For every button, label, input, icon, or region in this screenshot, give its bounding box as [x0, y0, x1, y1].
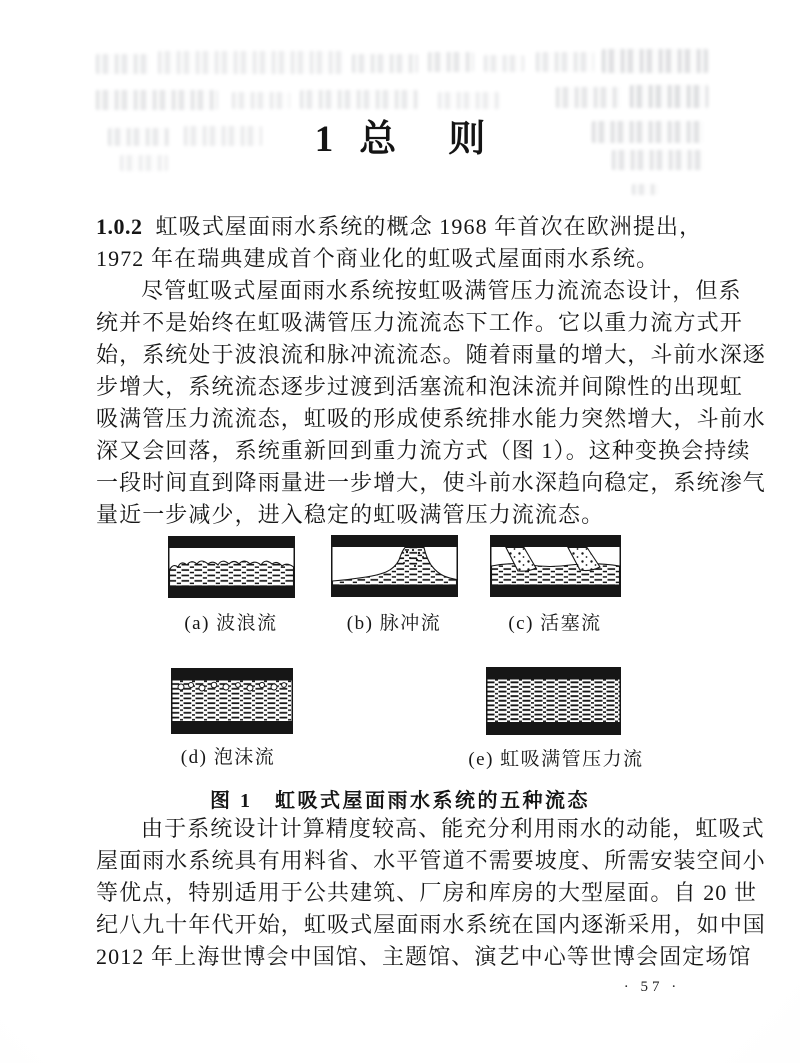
text-line: 步增大，系统流态逐步过渡到活塞流和泡沫流并间隙性的出现虹	[96, 371, 712, 403]
bleed-through-fragment	[438, 92, 500, 109]
bleed-through-fragment	[484, 55, 524, 72]
siphonic-full-pipe-flow-diagram	[486, 667, 621, 735]
text-line: 等优点，特别适用于公共建筑、厂房和库房的大型屋面。自 20 世	[96, 877, 712, 909]
clause-number: 1.0.2	[96, 214, 143, 239]
scanned-document-page: 1 总 则 1.0.2虹吸式屋面雨水系统的概念 1968 年首次在欧洲提出， 1…	[0, 0, 800, 1063]
plug-flow-diagram	[490, 535, 621, 597]
text-line: 1972 年在瑞典建成首个商业化的虹吸式屋面雨水系统。	[96, 243, 712, 275]
bleed-through-fragment	[232, 92, 290, 109]
figure-label-a: (a) 波浪流	[184, 608, 277, 635]
text-line: 尽管虹吸式屋面雨水系统按虹吸满管压力流流态设计，但系	[96, 275, 712, 307]
bleed-through-fragment	[300, 90, 418, 109]
bleed-through-fragment	[630, 85, 708, 108]
wave-flow-diagram	[168, 536, 295, 598]
figure-label-c: (c) 活塞流	[508, 608, 601, 635]
bleed-through-fragment	[428, 52, 474, 72]
figure-label-e: (e) 虹吸满管压力流	[468, 744, 643, 771]
text-line: 由于系统设计计算精度较高、能充分利用雨水的动能，虹吸式	[96, 813, 712, 845]
chapter-title-char-2: 则	[448, 108, 485, 162]
figure-label-d: (d) 泡沫流	[181, 742, 275, 769]
paragraph-block-1: 1.0.2虹吸式屋面雨水系统的概念 1968 年首次在欧洲提出， 1972 年在…	[96, 211, 712, 531]
text-line: 始，系统处于波浪流和脉冲流流态。随着雨量的增大，斗前水深逐	[96, 339, 712, 371]
bleed-through-fragment	[352, 54, 418, 73]
chapter-number: 1	[315, 118, 334, 161]
figure-caption: 图 1 虹吸式屋面雨水系统的五种流态	[0, 784, 800, 813]
text-line: 1.0.2虹吸式屋面雨水系统的概念 1968 年首次在欧洲提出，	[96, 211, 712, 243]
bleed-through-fragment	[632, 184, 658, 195]
page-number: · 57 ·	[608, 979, 696, 996]
text-line: 屋面雨水系统具有用料省、水平管道不需要坡度、所需安装空间小	[96, 845, 712, 877]
bleed-through-fragment	[602, 49, 708, 73]
chapter-title: 1 总 则	[0, 108, 800, 162]
figure-label-b: (b) 脉冲流	[347, 608, 441, 635]
foam-flow-diagram	[171, 668, 293, 734]
bleed-through-fragment	[536, 52, 594, 72]
chapter-title-char-1: 总	[359, 108, 396, 162]
bleed-through-fragment	[158, 51, 344, 74]
bleed-through-fragment	[96, 90, 218, 110]
paragraph-block-2: 由于系统设计计算精度较高、能充分利用雨水的动能，虹吸式 屋面雨水系统具有用料省、…	[96, 813, 712, 973]
bleed-through-fragment	[556, 87, 620, 108]
text-line: 量近一步减少，进入稳定的虹吸满管压力流流态。	[96, 499, 712, 531]
text-line: 纪八九十年代开始，虹吸式屋面雨水系统在国内逐渐采用，如中国	[96, 909, 712, 941]
text-line: 一段时间直到降雨量进一步增大，使斗前水深趋向稳定，系统渗气	[96, 467, 712, 499]
bleed-through-fragment	[96, 54, 150, 74]
text-line: 统并不是始终在虹吸满管压力流流态下工作。它以重力流方式开	[96, 307, 712, 339]
text-line: 2012 年上海世博会中国馆、主题馆、演艺中心等世博会固定场馆	[96, 941, 712, 973]
text-line: 深又会回落，系统重新回到重力流方式（图 1）。这种变换会持续	[96, 435, 712, 467]
pulse-flow-diagram	[331, 535, 458, 597]
text-line: 吸满管压力流流态，虹吸的形成使系统排水能力突然增大，斗前水	[96, 403, 712, 435]
